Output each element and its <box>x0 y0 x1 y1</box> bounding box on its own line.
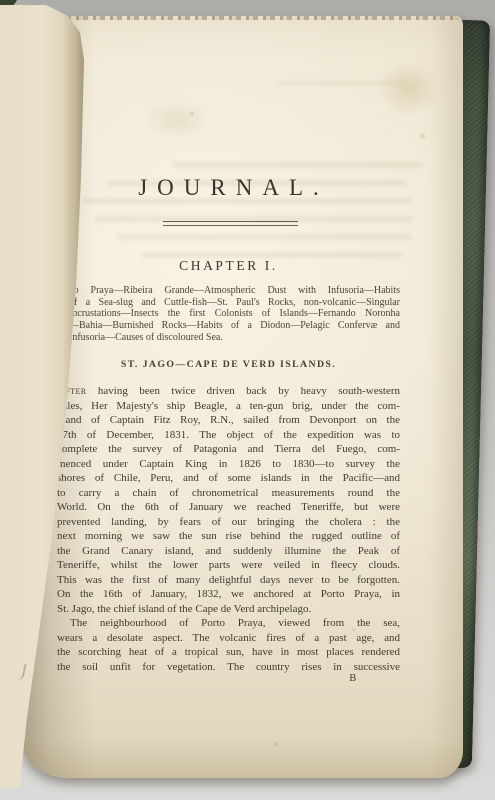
showthrough-streak <box>172 162 422 168</box>
text-line: This was the first of many delightful da… <box>57 573 400 588</box>
text-line: to carry a chain of chronometrical measu… <box>57 486 400 501</box>
showthrough-streak <box>117 234 412 240</box>
foxing-spot <box>274 742 278 746</box>
page-stain <box>378 60 440 116</box>
foxing-spot <box>420 134 425 139</box>
chapter-heading: CHAPTER I. <box>57 258 400 274</box>
summary-line: Infusoria—Causes of discoloured Sea. <box>57 332 400 344</box>
showthrough-streak <box>277 80 407 86</box>
text-line: the soil unfit for vegetation. The count… <box>57 660 400 675</box>
summary-line: of a Sea-slug and Cuttle-fish—St. Paul's… <box>57 297 400 309</box>
text-line: wears a desolate aspect. The volcanic fi… <box>57 631 400 646</box>
text-line-rest: having been twice driven back by heavy s… <box>87 385 400 397</box>
text-line: gales, Her Majesty's ship Beagle, a ten-… <box>57 399 400 414</box>
text-line: next morning we saw the sun rise behind … <box>57 529 400 544</box>
body-text: After having been twice driven back by h… <box>57 384 400 674</box>
text-line: On the 16th of January, 1832, we anchore… <box>57 587 400 602</box>
text-line: After having been twice driven back by h… <box>57 384 400 399</box>
summary-line: Porto Praya—Ribeira Grande—Atmospheric D… <box>57 285 400 297</box>
page-title: JOURNAL. <box>57 176 400 200</box>
summary-line: —Bahia—Burnished Rocks—Habits of a Diodo… <box>57 320 400 332</box>
pencil-mark <box>14 662 26 680</box>
book-photo: JOURNAL. CHAPTER I. Porto Praya—Ribeira … <box>0 0 495 800</box>
book-page: JOURNAL. CHAPTER I. Porto Praya—Ribeira … <box>22 16 463 778</box>
foxing-spot <box>190 112 194 116</box>
text-line: mand of Captain Fitz Roy, R.N., sailed f… <box>57 413 400 428</box>
text-line: Teneriffe, whilst the lower parts were v… <box>57 558 400 573</box>
text-line: the scorching heat of a tropical sun, ha… <box>57 645 400 660</box>
text-line: shores of Chile, Peru, and of some islan… <box>57 471 400 486</box>
text-line: The neighbourhood of Porto Praya, viewed… <box>57 616 400 631</box>
page-bottom-shade <box>22 738 463 778</box>
section-heading: ST. JAGO—CAPE DE VERD ISLANDS. <box>57 359 400 370</box>
text-line: menced under Captain King in 1826 to 183… <box>57 457 400 472</box>
text-line: World. On the 6th of January we reached … <box>57 500 400 515</box>
text-line: 27th of December, 1831. The object of th… <box>57 428 400 443</box>
page-stain <box>142 100 212 140</box>
summary-line: Incrustations—Insects the first Colonist… <box>57 308 400 320</box>
text-line: complete the survey of Patagonia and Tie… <box>57 442 400 457</box>
text-line: prevented landing, by fears of our bring… <box>57 515 400 530</box>
text-line: the Grand Canary island, and suddenly il… <box>57 544 400 559</box>
title-double-rule <box>163 221 298 226</box>
page-right-shade <box>429 16 463 778</box>
signature-mark: B <box>338 673 368 684</box>
text-line: St. Jago, the chief island of the Cape d… <box>57 602 400 617</box>
chapter-summary: Porto Praya—Ribeira Grande—Atmospheric D… <box>57 285 400 344</box>
